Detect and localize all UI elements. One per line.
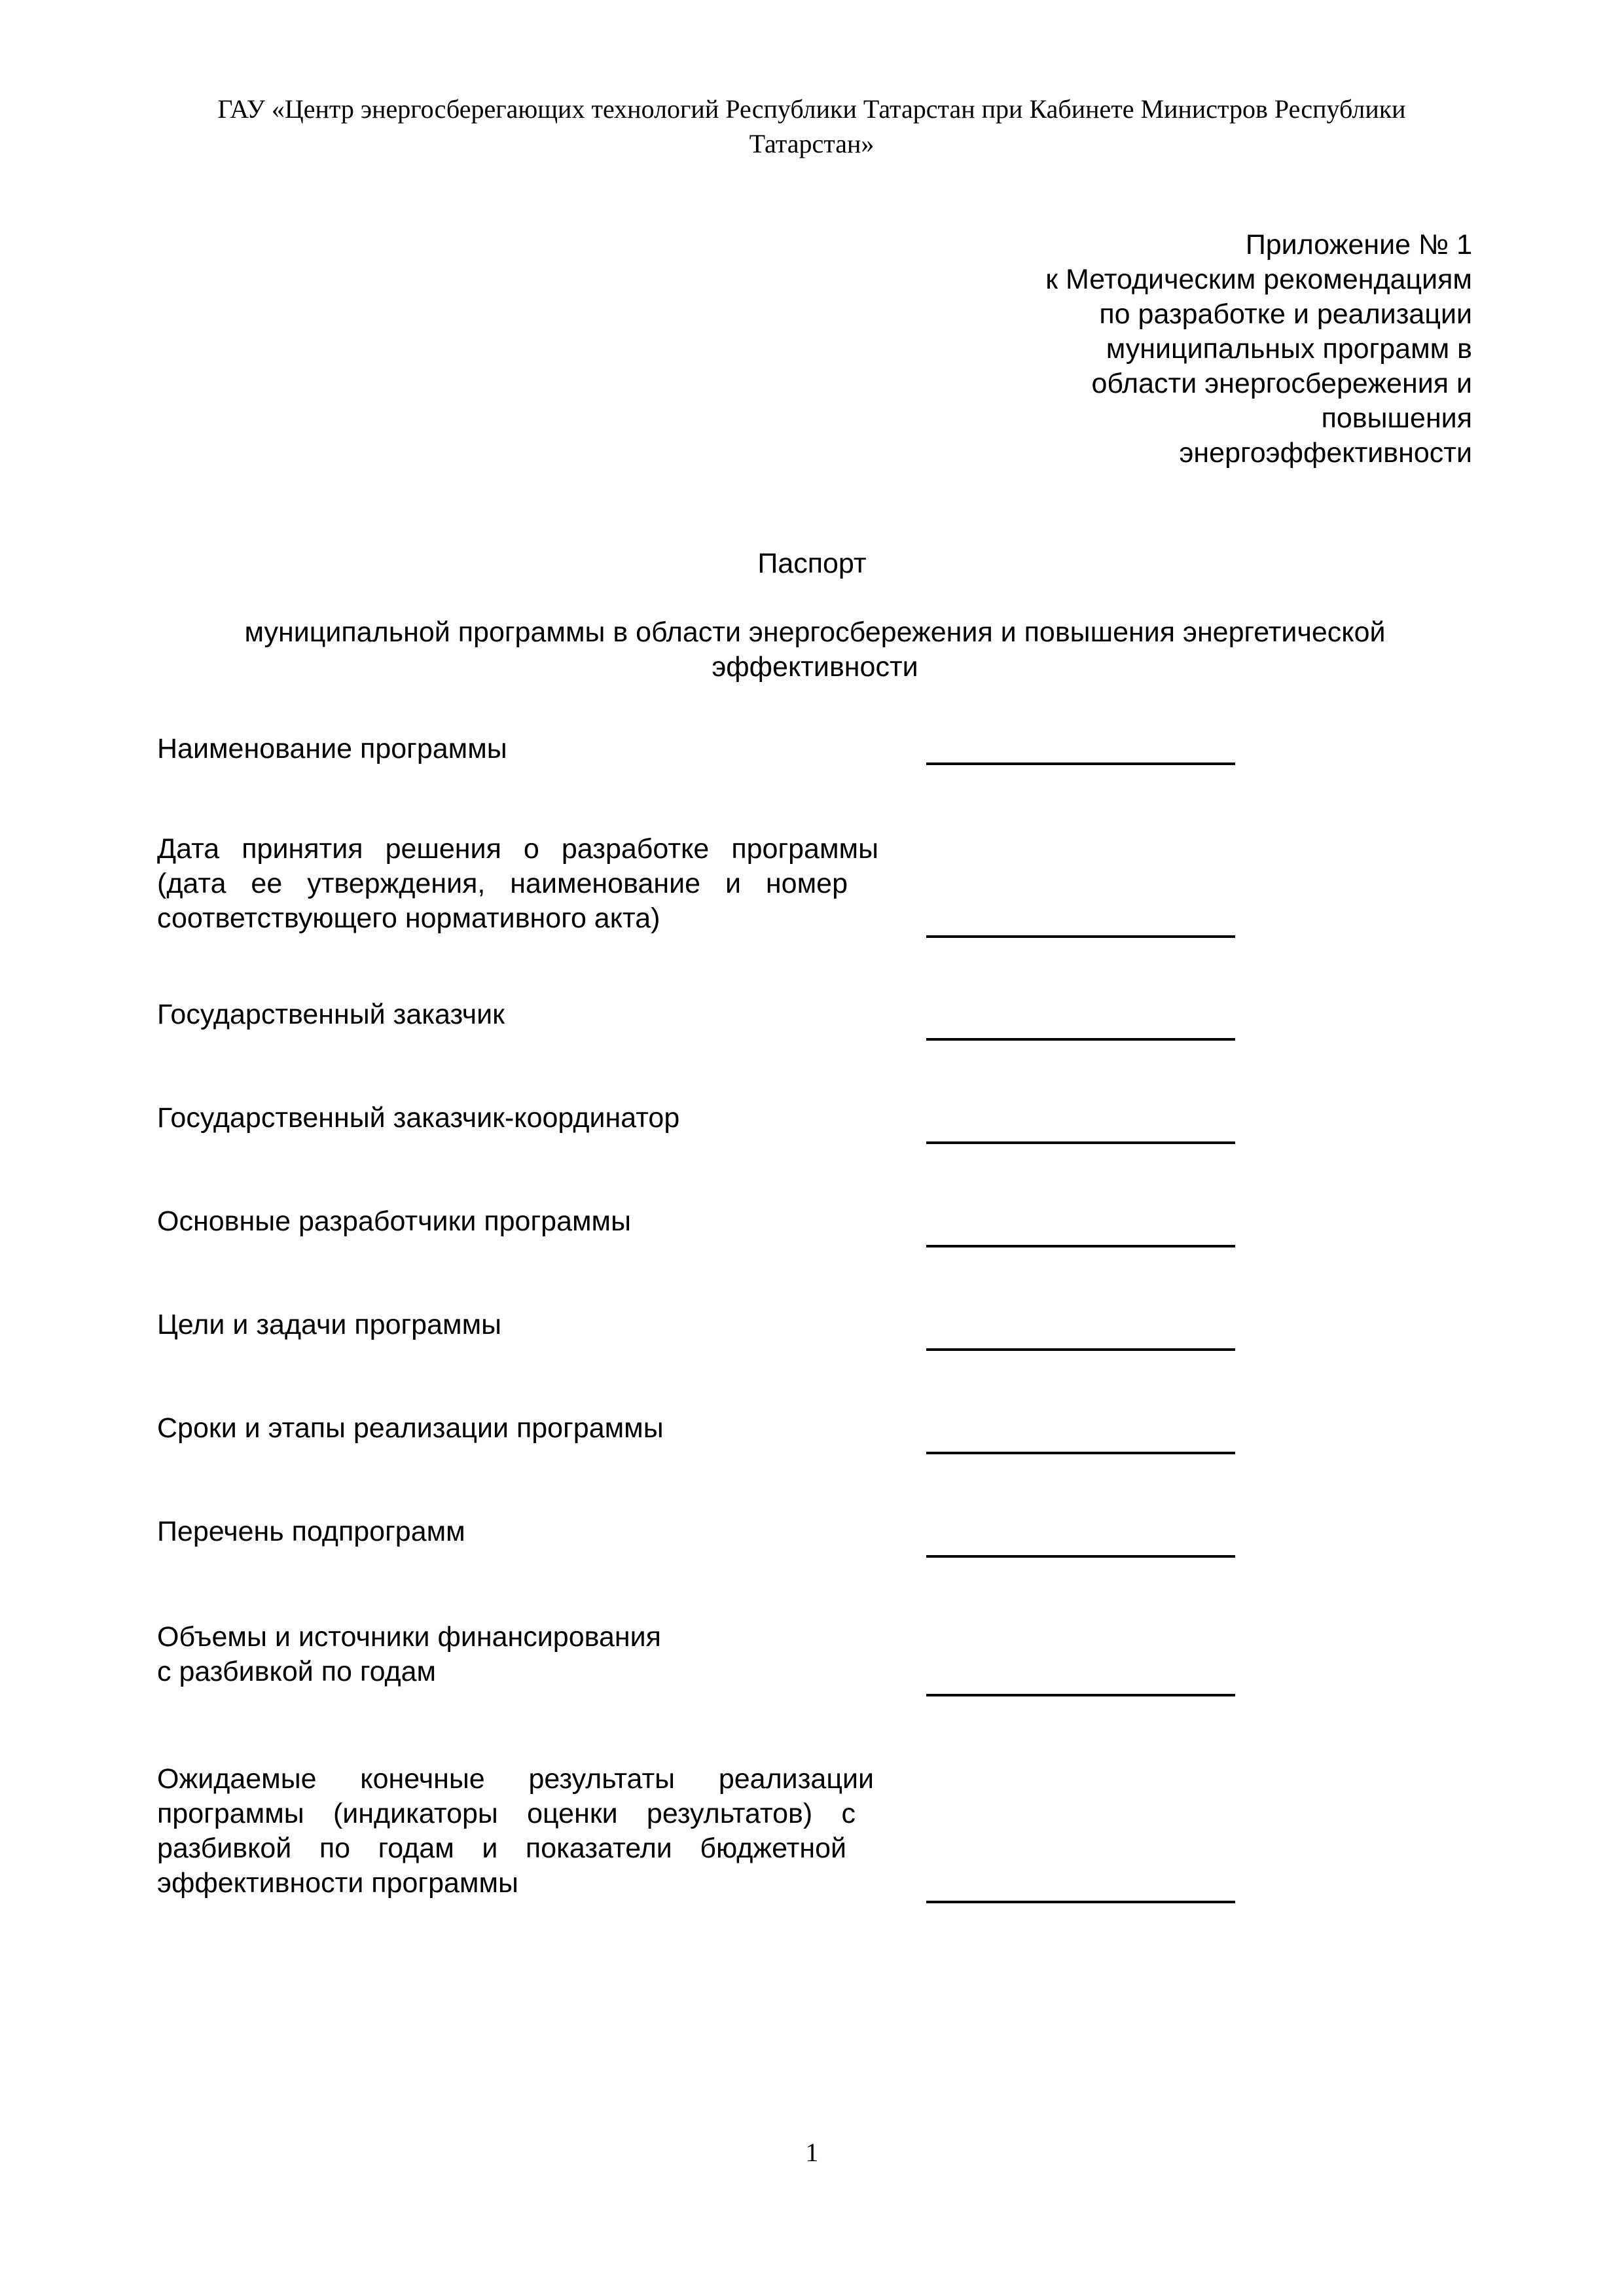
field-label-line: соответствующего нормативного акта) [157,901,877,936]
field-label-line: Государственный заказчик [157,997,877,1032]
field-blank-decision-date[interactable] [926,935,1235,938]
document-title: Паспорт [0,547,1624,581]
field-label-main-developers: Основные разработчики программы [157,1204,877,1239]
field-label-state-customer: Государственный заказчик [157,997,877,1032]
field-blank-program-name[interactable] [926,762,1235,765]
field-label-line: Наименование программы [157,732,877,766]
appendix-line: повышения [975,401,1472,436]
field-blank-expected-results[interactable] [926,1901,1235,1903]
appendix-line: энергоэффективности [975,436,1472,471]
field-label-goals: Цели и задачи программы [157,1308,877,1342]
document-page: ГАУ «Центр энергосберегающих технологий … [0,0,1624,2296]
field-blank-goals[interactable] [926,1348,1235,1351]
field-label-line: Объемы и источники финансирования [157,1620,877,1655]
appendix-number: Приложение № 1 [975,228,1472,262]
appendix-reference: Приложение № 1 к Методическим рекомендац… [975,228,1472,471]
field-label-line: Дата принятия решения о разработке прогр… [157,832,878,867]
field-blank-timeline[interactable] [926,1452,1235,1454]
appendix-line: к Методическим рекомендациям [975,262,1472,297]
field-label-line: Ожидаемые конечные результаты реализации [157,1762,874,1797]
document-subtitle-line: эффективности [157,650,1473,685]
field-label-timeline: Сроки и этапы реализации программы [157,1411,877,1446]
field-label-financing: Объемы и источники финансирования с разб… [157,1620,877,1689]
field-label-decision-date: Дата принятия решения о разработке прогр… [157,832,877,936]
field-blank-subprograms[interactable] [926,1555,1235,1558]
field-label-expected-results: Ожидаемые конечные результаты реализации… [157,1762,877,1901]
field-label-line: Государственный заказчик-координатор [157,1101,877,1136]
field-label-line: Сроки и этапы реализации программы [157,1411,877,1446]
field-label-line: с разбивкой по годам [157,1655,877,1689]
field-label-line: эффективности программы [157,1866,877,1901]
field-label-subprograms: Перечень подпрограмм [157,1515,877,1549]
organization-header-line: Татарстан» [170,126,1453,161]
field-blank-main-developers[interactable] [926,1245,1235,1247]
field-label-line: (дата ее утверждения, наименование и ном… [157,867,848,901]
organization-header: ГАУ «Центр энергосберегающих технологий … [170,92,1453,161]
field-blank-state-customer[interactable] [926,1038,1235,1041]
field-label-line: Основные разработчики программы [157,1204,877,1239]
field-label-line: разбивкой по годам и показатели бюджетно… [157,1831,846,1866]
field-blank-financing[interactable] [926,1694,1235,1696]
organization-header-line: ГАУ «Центр энергосберегающих технологий … [170,92,1453,126]
document-subtitle-line: муниципальной программы в области энерго… [157,615,1473,650]
field-label-state-customer-coordinator: Государственный заказчик-координатор [157,1101,877,1136]
document-subtitle: муниципальной программы в области энерго… [157,615,1473,685]
field-blank-state-customer-coordinator[interactable] [926,1141,1235,1144]
field-label-program-name: Наименование программы [157,732,877,766]
field-label-line: Перечень подпрограмм [157,1515,877,1549]
appendix-line: области энергосбережения и [975,367,1472,401]
field-label-line: программы (индикаторы оценки результатов… [157,1797,856,1831]
appendix-line: по разработке и реализации [975,297,1472,332]
appendix-line: муниципальных программ в [975,332,1472,367]
page-number: 1 [0,2135,1624,2170]
field-label-line: Цели и задачи программы [157,1308,877,1342]
